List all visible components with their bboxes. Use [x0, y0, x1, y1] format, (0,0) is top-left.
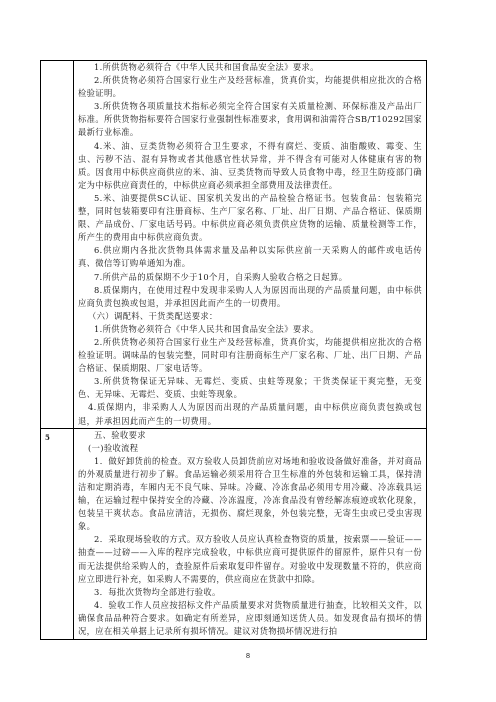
- paragraph: 7.所供产品的质保期不少于10个月，自采购人验收合格之日起算。: [78, 271, 422, 284]
- paragraph: 1.所供货物必须符合《中华人民共和国食品安全法》要求。: [78, 323, 422, 336]
- document-page: 1.所供货物必须符合《中华人民共和国食品安全法》要求。 2.所供货物必须符合国家…: [0, 0, 496, 702]
- row-number: 5: [41, 428, 74, 639]
- paragraph: 6.供应期内各批次货物具体需求量及品种以实际供应前一天采购人的邮件或电话传真、微…: [78, 244, 422, 270]
- page-number: 8: [0, 652, 496, 660]
- paragraph: 5.米、油要提供SC认证、国家机关发出的产品检验合格证书。包装食品：包装箱完整，…: [78, 192, 422, 244]
- paragraph: 4.质保期内，非采购人人为原因而出现的产品质量问题，由中标供应商负责包换或包退，…: [78, 401, 422, 427]
- row-content: 五、验收要求 (一)验收流程 1．做好卸货前的检查。双方验收人员卸货前应对场地和…: [74, 428, 427, 639]
- paragraph: 3.所供货物保证无异味、无霉烂、变质、虫蛀等现象；干货类保证干爽完整，无变色、无…: [78, 375, 422, 401]
- row-number: [41, 61, 74, 429]
- requirements-table: 1.所供货物必须符合《中华人民共和国食品安全法》要求。 2.所供货物必须符合国家…: [40, 60, 427, 640]
- section-subheading: （六）调配料、干货类配送要求：: [78, 310, 422, 323]
- table-row: 5 五、验收要求 (一)验收流程 1．做好卸货前的检查。双方验收人员卸货前应对场…: [41, 428, 427, 639]
- paragraph: 3.所供货物各项质量技术指标必须完全符合国家有关质量检测、环保标准及产品出厂标准…: [78, 100, 422, 139]
- section-heading: 五、验收要求: [78, 429, 422, 442]
- paragraph: 2．采取现场验收的方式。双方验收人员应认真检查物资的质量，按索票——验证——抽查…: [78, 533, 422, 585]
- paragraph: 2.所供货物必须符合国家行业生产及经营标准，货真价实，均能提供相应批次的合格检验…: [78, 74, 422, 100]
- paragraph: 4.米、油、豆类货物必须符合卫生要求，不得有腐烂、变质、油脂酸败、霉变、生虫、污…: [78, 140, 422, 192]
- table-row: 1.所供货物必须符合《中华人民共和国食品安全法》要求。 2.所供货物必须符合国家…: [41, 61, 427, 429]
- paragraph: 1．做好卸货前的检查。双方验收人员卸货前应对场地和验收设备做好准备，并对商品的外…: [78, 455, 422, 534]
- row-content: 1.所供货物必须符合《中华人民共和国食品安全法》要求。 2.所供货物必须符合国家…: [74, 61, 427, 429]
- paragraph: 4．验收工作人员应按招标文件产品质量要求对货物质量进行抽查，比较相关文件，以确保…: [78, 599, 422, 638]
- section-subheading: (一)验收流程: [78, 442, 422, 455]
- paragraph: 1.所供货物必须符合《中华人民共和国食品安全法》要求。: [78, 61, 422, 74]
- paragraph: 3．每批次货物均全部进行验收。: [78, 586, 422, 599]
- paragraph: 8.质保期内，在使用过程中发现非采购人人为原因而出现的产品质量问题，由中标供应商…: [78, 284, 422, 310]
- paragraph: 2.所供货物必须符合国家行业生产及经营标准，货真价实，均能提供相应批次的合格检验…: [78, 336, 422, 375]
